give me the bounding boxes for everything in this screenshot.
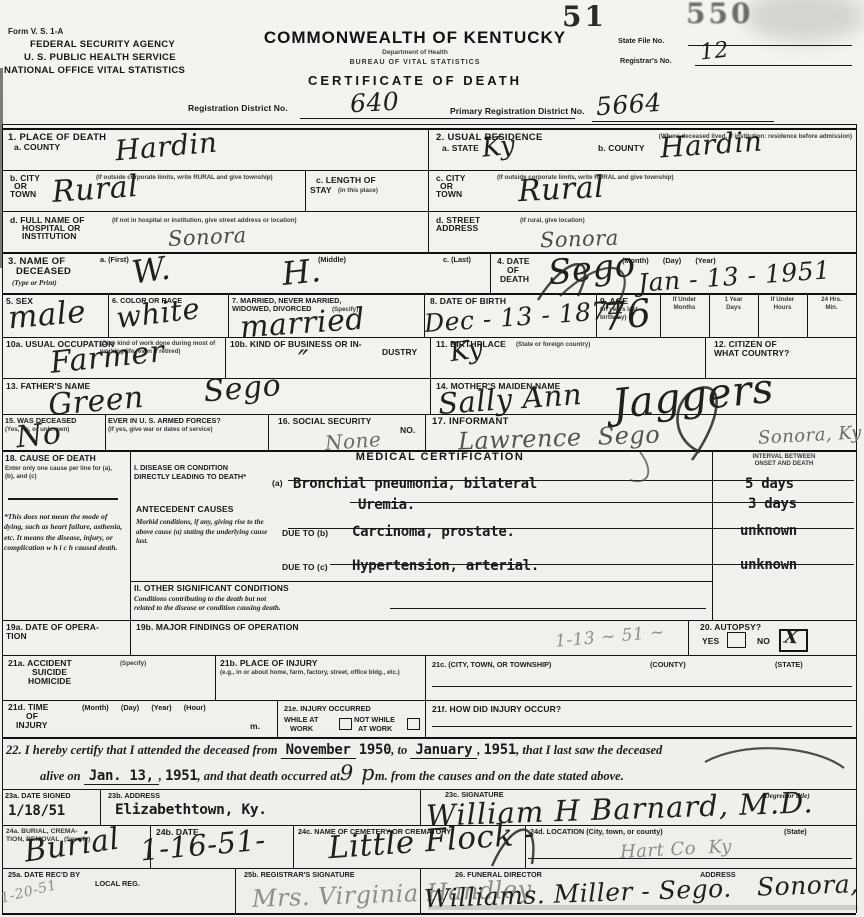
- cause-c-rule: [330, 564, 854, 565]
- burial-location-rule: [528, 858, 852, 859]
- certify-text-1b: , to: [391, 743, 407, 757]
- registrar-no-label: Registrar's No.: [620, 57, 672, 65]
- cause-a-tag: (a): [272, 479, 283, 489]
- age-col-24hrs-header: 24 Hrs.: [808, 296, 855, 304]
- date-signed-value: 1/18/51: [8, 804, 65, 819]
- interval-a2-value: 3 days: [748, 497, 797, 512]
- registration-district-value: 640: [349, 91, 399, 116]
- residence-city-value: Rural: [517, 174, 605, 205]
- city-of-death-value: Rural: [51, 173, 139, 206]
- certify-from-month: November: [281, 742, 356, 759]
- burial-location-state-label: (State): [784, 828, 807, 836]
- while-at-work-label-2: WORK: [290, 725, 313, 733]
- agency-line-3: NATIONAL OFFICE VITAL STATISTICS: [4, 66, 185, 77]
- county-of-death-value: Hardin: [114, 130, 218, 164]
- age-col-days-label: Days: [710, 304, 757, 312]
- registration-district-label: Registration District No.: [188, 104, 288, 114]
- marital-status-value: married: [239, 306, 366, 342]
- certify-text-2b: ,: [159, 769, 162, 783]
- commonwealth-title: COMMONWEALTH OF KENTUCKY: [240, 29, 590, 46]
- date-signed-label: 23a. DATE SIGNED: [5, 792, 71, 800]
- time-of-injury-label-3: INJURY: [16, 721, 47, 731]
- business-value-ditto: ″: [298, 348, 309, 373]
- certify-text-1c: ,: [477, 743, 480, 757]
- age-value: 76: [600, 296, 653, 335]
- due-to-b-tag: DUE TO (b): [282, 529, 328, 539]
- other-conditions-label: II. OTHER SIGNIFICANT CONDITIONS: [134, 584, 289, 594]
- type-or-print-hint: (Type or Print): [12, 278, 57, 288]
- age-col-under24-header: If Under: [759, 296, 806, 304]
- residence-state-label: a. STATE: [442, 144, 479, 154]
- armed-forces-value: No: [15, 420, 63, 452]
- age-col-under1-header: If Under: [661, 296, 708, 304]
- death-certificate-scan: 51 550 Form V. S. 1-A FEDERAL SECURITY A…: [0, 0, 864, 917]
- other-conditions-rule: [390, 608, 706, 609]
- cause-c-value: Hypertension, arterial.: [352, 559, 539, 574]
- injury-state-label: (STATE): [775, 661, 803, 669]
- injury-occurred-label: 21e. INJURY OCCURRED: [284, 705, 371, 713]
- other-conditions-note-2: related to the disease or condition caus…: [134, 603, 281, 613]
- registrar-no-value: 12: [699, 41, 730, 64]
- mother-name-value-first: Sally Ann: [437, 381, 583, 417]
- autopsy-yes-label: YES: [702, 637, 719, 647]
- other-conditions-top-rule: [130, 581, 712, 582]
- certify-alive-date: Jan. 13,: [84, 768, 159, 785]
- cause-a-value-line2: Uremia.: [358, 498, 415, 513]
- ssn-value: None: [324, 430, 381, 452]
- ssn-label-2: NO.: [400, 426, 415, 436]
- signature-loop-flourish: [705, 748, 844, 768]
- business-label-2: DUSTRY: [382, 348, 417, 358]
- cemetery-value: Little Flock -: [327, 821, 536, 863]
- ssn-label: 16. SOCIAL SECURITY: [278, 417, 371, 427]
- while-at-work-checkbox: [339, 718, 352, 730]
- date-received-label-2: LOCAL REG.: [95, 880, 140, 888]
- agency-line-1: FEDERAL SECURITY AGENCY: [30, 40, 175, 51]
- not-while-at-work-checkbox: [407, 718, 420, 730]
- age-col-hours-label: Hours: [759, 304, 806, 312]
- date-of-operation-label-2: TION: [6, 632, 27, 642]
- middle-name-value: H.: [281, 256, 323, 289]
- certify-statement-line-1: 22. I hereby certify that I attended the…: [6, 743, 662, 758]
- major-findings-scribble: 1-13 ~ 51 ~: [555, 625, 666, 650]
- certify-statement-line-2: alive on Jan. 13,, 1951, and that death …: [40, 764, 624, 784]
- certify-time-value: 9 p: [340, 761, 375, 785]
- sex-value: male: [7, 299, 87, 334]
- cause-a-rule: [288, 480, 854, 481]
- bureau-subtitle: BUREAU OF VITAL STATISTICS: [240, 59, 590, 66]
- certify-text-2a: alive on: [40, 769, 81, 783]
- autopsy-no-label: NO: [757, 637, 770, 647]
- city-of-death-label-town: TOWN: [10, 190, 36, 200]
- physician-address-label: 23b. ADDRESS: [108, 792, 160, 800]
- injury-county-label: (COUNTY): [650, 661, 686, 669]
- antecedent-causes-note: Morbid conditions, if any, giving rise t…: [136, 518, 268, 547]
- disease-condition-label-2: DIRECTLY LEADING TO DEATH*: [134, 473, 246, 481]
- hospital-label-3: INSTITUTION: [22, 232, 76, 242]
- street-address-label-2: ADDRESS: [436, 224, 478, 234]
- occupation-value: Farmer: [49, 338, 166, 377]
- injury-city-label: 21c. (CITY, TOWN, OR TOWNSHIP): [432, 661, 551, 669]
- how-injury-occurred-label: 21f. HOW DID INJURY OCCUR?: [432, 705, 561, 715]
- injury-location-rule: [432, 686, 852, 687]
- burial-date-value: 1-16-51-: [139, 827, 266, 864]
- due-to-c-tag: DUE TO (c): [282, 563, 328, 573]
- age-col-months-label: Months: [661, 304, 708, 312]
- accident-label-3: HOMICIDE: [28, 677, 71, 687]
- certify-year-1: 1950: [359, 742, 392, 758]
- not-while-at-work-label-2: AT WORK: [358, 725, 392, 733]
- first-name-label: a. (First): [100, 256, 129, 264]
- certify-to-month: January: [410, 742, 477, 759]
- primary-district-value: 5664: [595, 92, 662, 119]
- county-of-death-label: a. COUNTY: [14, 143, 60, 153]
- autopsy-yes-checkbox: [727, 632, 746, 648]
- residence-city-label-town: TOWN: [436, 190, 462, 200]
- informant-tail-flourish: [630, 452, 648, 481]
- registrar-signature-label: 25b. REGISTRAR'S SIGNATURE: [244, 871, 355, 879]
- physician-address-value: Elizabethtown, Ky.: [115, 803, 267, 819]
- cause-of-death-divider: [8, 498, 118, 500]
- mother-name-value-last: Jaggers: [611, 370, 776, 424]
- state-file-no-label: State File No.: [618, 37, 664, 45]
- cause-b-rule: [288, 528, 854, 529]
- department-subtitle: Department of Health: [240, 50, 590, 57]
- place-of-injury-hint: (e.g., in or about home, farm, factory, …: [220, 669, 420, 677]
- certify-text-2d: m. from the causes and on the date state…: [375, 769, 624, 783]
- street-address-hint: (If rural, give location): [520, 217, 585, 225]
- certify-text-1a: 22. I hereby certify that I attended the…: [6, 743, 277, 757]
- date-of-death-label-3: DEATH: [500, 275, 529, 285]
- interval-header-2: ONSET AND DEATH: [714, 460, 854, 468]
- birthplace-hint: (State or foreign country): [516, 341, 590, 349]
- length-of-stay-label-2: STAY: [310, 186, 332, 196]
- business-label: 10b. KIND OF BUSINESS OR IN-: [230, 340, 362, 350]
- agency-line-2: U. S. PUBLIC HEALTH SERVICE: [24, 53, 176, 64]
- hospital-value: Sonora: [168, 226, 248, 249]
- armed-forces-label-2: EVER IN U. S. ARMED FORCES?: [108, 417, 221, 425]
- burial-location-label: 24d. LOCATION (City, town, or county): [530, 828, 663, 836]
- accident-hint: (Specify): [120, 660, 146, 668]
- interval-c-value: unknown: [740, 558, 797, 573]
- autopsy-no-mark: X: [783, 630, 799, 647]
- primary-district-label: Primary Registration District No.: [450, 107, 585, 117]
- informant-address-value: Sonora, Ky: [758, 425, 863, 447]
- age-col-1year-header: 1 Year: [710, 296, 757, 304]
- cause-a2-rule: [350, 502, 854, 503]
- certify-text-2c: , and that death occurred at: [198, 769, 340, 783]
- place-of-injury-label: 21b. PLACE OF INJURY: [220, 659, 318, 669]
- certify-text-1d: , that I last saw the deceased: [516, 743, 662, 757]
- certify-year-3: 1951: [165, 768, 198, 784]
- date-received-value: 1-20-51: [0, 879, 58, 905]
- antecedent-causes-label: ANTECEDENT CAUSES: [136, 505, 234, 515]
- date-received-label-1: 25a. DATE REC'D BY: [8, 871, 80, 879]
- certificate-title: CERTIFICATE OF DEATH: [240, 74, 590, 87]
- name-of-deceased-label-2: DECEASED: [16, 267, 71, 278]
- certify-year-2: 1951: [484, 742, 517, 758]
- residence-county-label: b. COUNTY: [598, 144, 645, 154]
- cause-of-death-note: *This does not mean the mode of dying, s…: [4, 512, 126, 553]
- cause-of-death-hint: Enter only one cause per line for (a), (…: [5, 465, 123, 481]
- time-of-injury-columns: (Month) (Day) (Year) (Hour): [82, 704, 206, 712]
- birthplace-value: Ky: [449, 338, 485, 366]
- citizen-label-2: WHAT COUNTRY?: [714, 349, 789, 359]
- first-name-value: W.: [130, 253, 172, 287]
- state-file-stamp-left: 51: [562, 3, 607, 31]
- cause-of-death-label: 18. CAUSE OF DEATH: [5, 454, 96, 464]
- armed-forces-hint-2: (If yes, give war or dates of service): [108, 426, 263, 434]
- middle-name-label: (Middle): [318, 256, 346, 264]
- medical-certification-title: MEDICAL CERTIFICATION: [280, 452, 600, 463]
- residence-county-value: Hardin: [659, 128, 763, 160]
- form-number: Form V. S. 1-A: [8, 27, 63, 36]
- informant-value: Lawrence Sego: [458, 424, 661, 453]
- color-race-value: white: [115, 295, 202, 331]
- hospital-hint: (If not in hospital or institution, give…: [112, 217, 392, 225]
- major-findings-label: 19b. MAJOR FINDINGS OF OPERATION: [136, 623, 299, 633]
- age-col-min-label: Min.: [808, 304, 855, 312]
- time-of-injury-m-label: m.: [250, 722, 260, 732]
- state-file-stamp-right: 550: [686, 0, 753, 28]
- interval-b-value: unknown: [740, 524, 797, 539]
- residence-state-value: Ky: [481, 134, 517, 161]
- how-injury-rule: [432, 726, 852, 727]
- last-name-label: c. (Last): [443, 256, 471, 264]
- length-of-stay-hint: (in this place): [338, 187, 378, 195]
- funeral-director-label: 26. FUNERAL DIRECTOR: [455, 871, 542, 879]
